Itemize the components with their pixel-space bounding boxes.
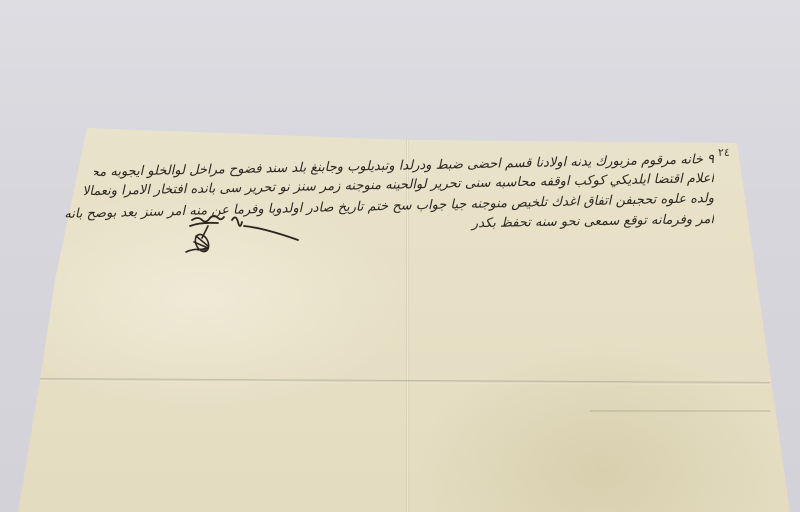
flourish-stroke-icon (232, 217, 298, 240)
date-note-icon (190, 216, 224, 226)
tughra-signature-icon (186, 226, 211, 254)
signature-area (0, 0, 800, 512)
